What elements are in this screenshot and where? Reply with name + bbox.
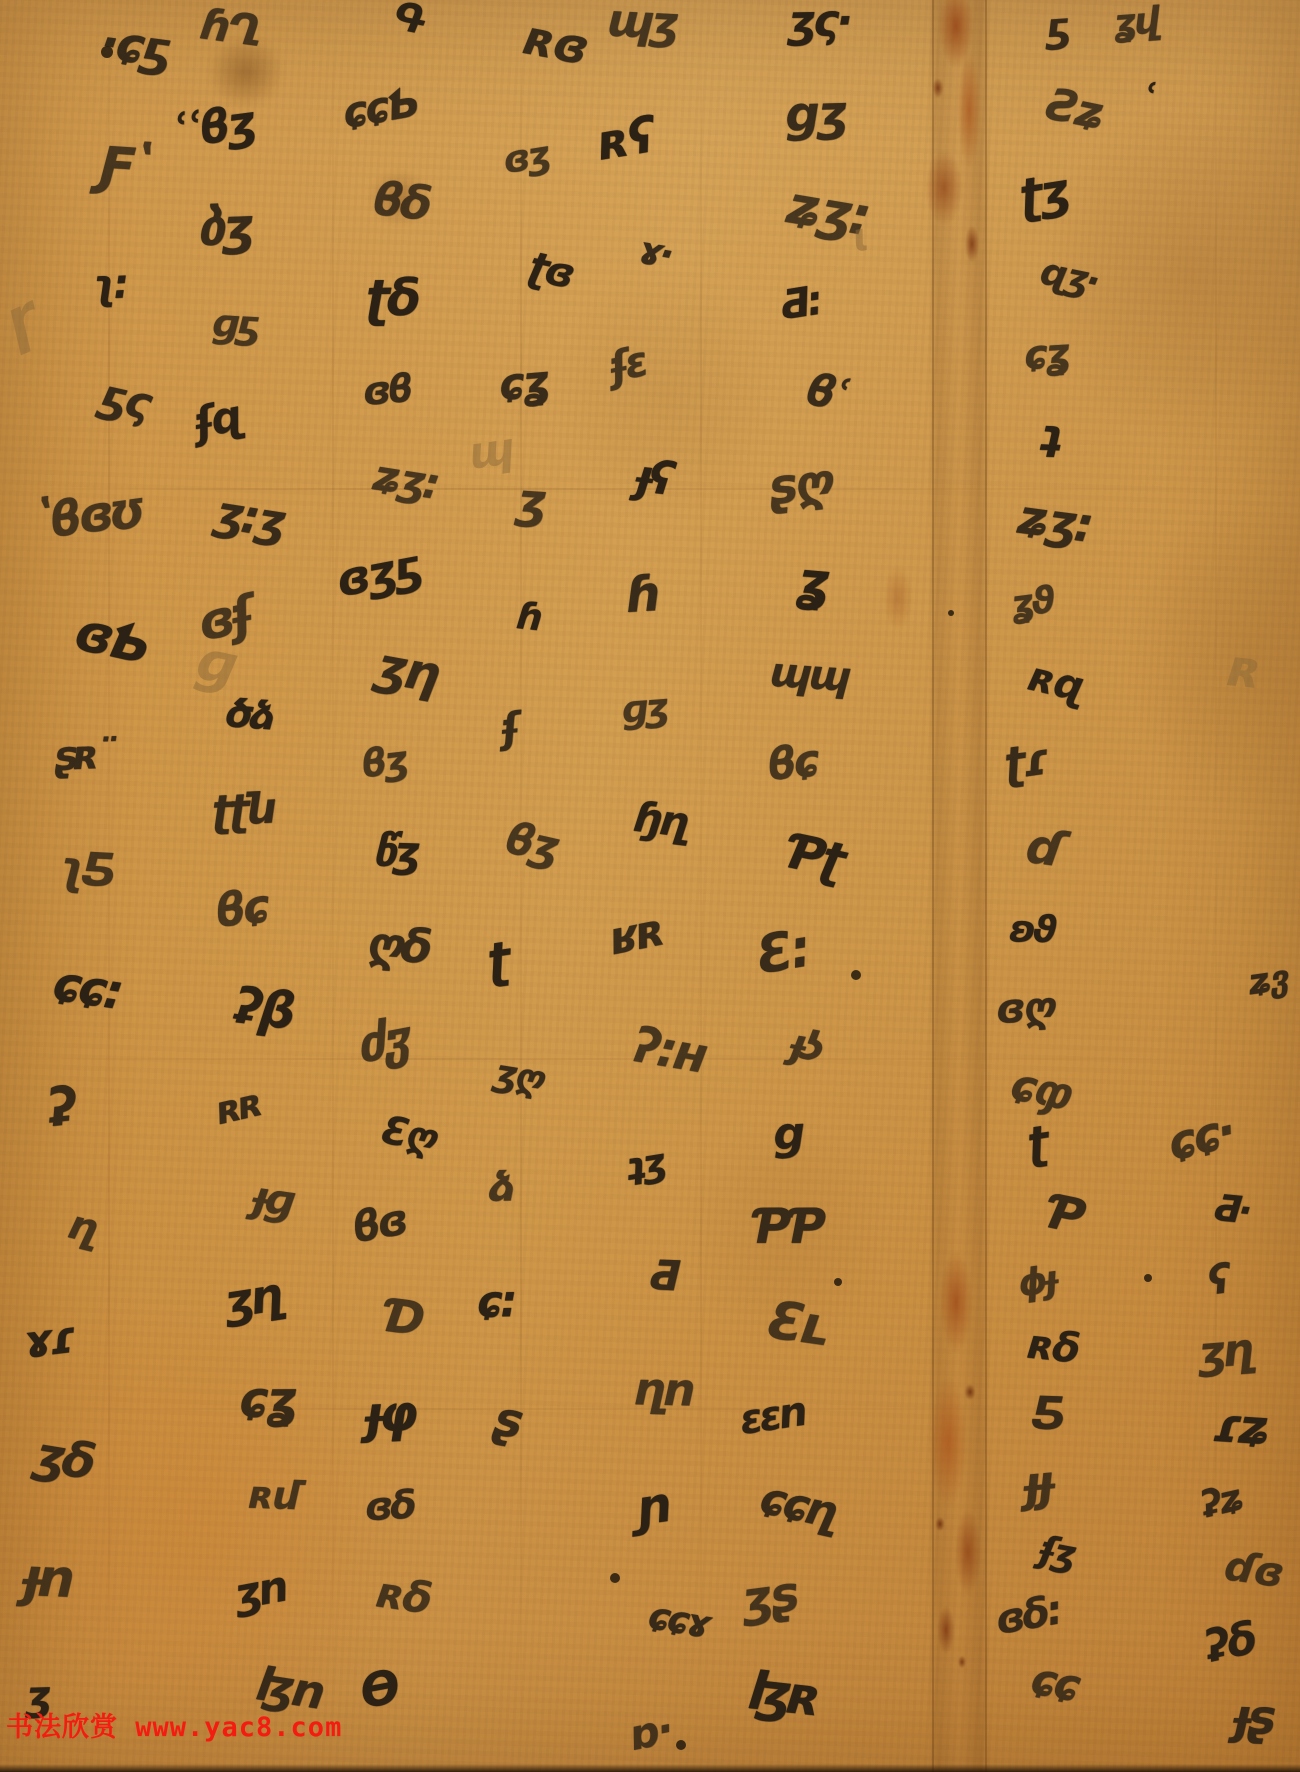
- glyph-cluster: ց: [772, 1114, 802, 1154]
- glyph-cluster: ϐɞ: [350, 1201, 408, 1247]
- glyph-cluster: ʀմ: [250, 1479, 297, 1514]
- glyph-cluster: ɞƄ: [71, 609, 151, 670]
- watermark-text: 书法欣赏 www.yac8.com: [6, 1705, 342, 1744]
- glyph-cluster: ɕɕƄ: [340, 84, 419, 133]
- glyph-cluster: ʓ: [795, 558, 829, 606]
- ink-dot: [610, 1573, 620, 1583]
- glyph-cluster: Ɛ:: [754, 925, 812, 979]
- script-column-right-main: ƽƧʑʈʒɋʒ·ɕʓʇʑʒ:ʓϑʀɋʈɾɗʚϑɞღɕჶ: [977, 9, 1115, 1112]
- glyph-cluster: ɕჶ: [1008, 1066, 1072, 1115]
- faded-glyph: ɰ: [465, 427, 517, 477]
- glyph-cluster: ɞʒƽ: [333, 546, 423, 602]
- glyph-cluster: ɟɟ: [1021, 1462, 1051, 1506]
- glyph-cluster: ɞδ:: [993, 1593, 1063, 1639]
- glyph-cluster: ɕʓ: [1023, 336, 1069, 374]
- glyph-cluster: ɒ·: [628, 1710, 674, 1754]
- glyph-cluster: ϐɕ: [214, 885, 270, 931]
- faded-glyph: ʀ: [1227, 642, 1266, 697]
- glyph-cluster: ʑვ: [1246, 964, 1287, 1000]
- script-column-right-edge-mid: ʑვ: [1250, 966, 1300, 1028]
- glyph-cluster: ʄʒ: [1037, 1533, 1076, 1571]
- glyph-cluster: ʀɋ: [1027, 659, 1086, 705]
- glyph-cluster: ʅƼ: [58, 849, 115, 891]
- glyph-cluster: ʈʒ: [1017, 170, 1070, 219]
- glyph-cluster: ɰɰ: [768, 654, 849, 695]
- glyph-cluster: ʀδ: [1028, 1327, 1079, 1367]
- script-layer: ʓվʿƽƧʑʈʒɋʒ·ɕʓʇʑʒ:ʓϑʀɋʈɾɗʚϑɞღɕჶʈƤɸɟʀδƼɟɟʄ…: [0, 0, 1300, 1772]
- glyph-cluster: ձ: [488, 1170, 512, 1206]
- photo-bottom-edge: [0, 1764, 1300, 1772]
- glyph-cluster: ƽς: [96, 376, 152, 425]
- glyph-cluster: ʀδ: [376, 1575, 431, 1619]
- glyph-cluster: ʒღ: [492, 1057, 544, 1097]
- glyph-cluster: ɟφ: [364, 1391, 416, 1437]
- glyph-cluster: Ƥʈ: [783, 830, 846, 883]
- glyph-cluster: Ө: [357, 1666, 400, 1713]
- glyph-cluster: ɞϐ: [362, 372, 412, 410]
- glyph-cluster: ʒη: [373, 643, 441, 697]
- glyph-cluster: ϐʿ: [803, 370, 850, 416]
- glyph-cluster: Ɛღ: [379, 1113, 437, 1156]
- script-column-right-edge: ɕɕ·Ƌ·ʕʒղɾʑʡʑɗɞʡδɟʂ: [1160, 1114, 1300, 1743]
- glyph-cluster: ɞʒ: [501, 138, 550, 177]
- glyph-cluster: ʀʀ: [215, 1086, 265, 1129]
- glyph-cluster: ʒղ: [221, 1274, 283, 1323]
- glyph-cluster: Ƒʽ: [97, 143, 150, 192]
- glyph-cluster: ɤ·: [636, 234, 673, 272]
- glyph-cluster: ɋʒ·: [1037, 255, 1100, 298]
- glyph-cluster: ɕɕղ: [757, 1479, 839, 1533]
- ink-dot: [1144, 1274, 1152, 1282]
- glyph-cluster: ʒς·: [787, 2, 850, 42]
- glyph-cluster: ʈɞ: [525, 248, 574, 292]
- glyph-cluster: Ƥ: [1043, 1191, 1085, 1239]
- glyph-cluster: ɕ:: [477, 1283, 515, 1322]
- script-column-right-low: ʈƤɸɟʀδƼɟɟʄʒɞδ:ɕɕ: [989, 1124, 1103, 1704]
- ink-dot: [851, 970, 861, 980]
- glyph-cluster: ʈʈն: [211, 790, 275, 830]
- glyph-cluster: ɗ: [1024, 825, 1064, 871]
- glyph-cluster: ɕʓ: [239, 1377, 295, 1421]
- glyph-cluster: ʈδ: [365, 276, 418, 321]
- glyph-cluster: ɟո: [22, 1555, 73, 1603]
- glyph-cluster: ɰʒ: [605, 0, 677, 43]
- glyph-cluster: ɮʀ: [746, 1668, 822, 1722]
- glyph-cluster: ʔ:ʜ: [629, 1024, 707, 1078]
- glyph-cluster: ɡƽ: [210, 307, 258, 344]
- glyph-cluster: ʿ: [1142, 82, 1155, 118]
- glyph-cluster: ɞδ: [364, 1489, 415, 1526]
- glyph-cluster: Ƽ: [1031, 1394, 1063, 1434]
- script-column-center-3: ʀɞɞʒʈɞɕʓʒɦʄϐʒʈʒღձɕ:ʂ: [441, 21, 598, 1444]
- glyph-cluster: ɕɕɤ: [646, 1599, 710, 1641]
- glyph-cluster: ʒղ: [1197, 1331, 1254, 1374]
- glyph-cluster: ʀʕ: [597, 114, 657, 165]
- glyph-cluster: ʚϑ: [1009, 913, 1055, 946]
- script-column-left-edge: ·ɕƽƑʽʅ:ƽςʽϐɞʊɞƄʂʀ¨ʅƼɕɕ:ʡղɤɾʒδɟոʒ: [0, 21, 200, 1718]
- ink-dot: [101, 46, 113, 58]
- glyph-cluster: ϐɕ: [766, 742, 819, 786]
- glyph-cluster: ɡʒ: [620, 691, 667, 727]
- glyph-cluster: ʒ: [515, 481, 545, 525]
- glyph-cluster: Ɗ: [382, 1295, 425, 1340]
- glyph-cluster: ɦ: [626, 573, 660, 618]
- glyph-cluster: ƤƤ: [753, 1206, 823, 1249]
- glyph-cluster: ʂღ: [766, 461, 833, 510]
- glyph-cluster: ղո: [634, 1369, 693, 1410]
- ink-dot: [834, 1278, 842, 1286]
- glyph-cluster: ბʒ: [196, 205, 252, 251]
- glyph-cluster: ʁʀ: [608, 909, 667, 958]
- glyph-cluster: ɾʑ: [1211, 1405, 1269, 1450]
- glyph-cluster: ʇʒ: [625, 1146, 666, 1184]
- glyph-cluster: Ƨʑ: [1044, 86, 1107, 135]
- ink-dot: [676, 1740, 686, 1750]
- glyph-cluster: ʈ: [1025, 1124, 1049, 1165]
- glyph-cluster: ɕɕ:: [50, 962, 123, 1014]
- glyph-cluster: ɟʖ: [788, 1025, 825, 1065]
- glyph-cluster: ցʒ: [785, 92, 846, 136]
- glyph-cluster: Ƌ·: [1212, 1192, 1251, 1228]
- glyph-cluster: ϐδ: [371, 178, 431, 224]
- faded-glyph: ɼ: [0, 287, 47, 354]
- glyph-cluster: ʓվ: [1112, 5, 1158, 40]
- glyph-cluster: Ƌ: [647, 1257, 677, 1295]
- glyph-cluster: ʇ: [1041, 417, 1060, 456]
- glyph-cluster: ʡ: [45, 1084, 77, 1133]
- glyph-cluster: ʄɋ: [192, 397, 244, 443]
- glyph-cluster: ɧղ: [632, 798, 689, 841]
- glyph-cluster: Ɛւ: [765, 1297, 829, 1351]
- glyph-cluster: ʡβ: [232, 983, 295, 1034]
- glyph-cluster: Ƌ:: [777, 282, 823, 324]
- glyph-cluster: ʄɛ: [607, 343, 649, 386]
- glyph-cluster: ɕɕ: [1028, 1661, 1080, 1707]
- glyph-cluster: ɟʂ: [1233, 1697, 1273, 1740]
- glyph-cluster: ʂ: [491, 1398, 523, 1444]
- glyph-cluster: ծձ: [225, 697, 275, 734]
- glyph-cluster: ɛɛո: [737, 1393, 807, 1438]
- ink-dot: [948, 610, 954, 616]
- glyph-cluster: ɲ: [633, 1484, 671, 1531]
- glyph-cluster: ɦՂ: [199, 6, 261, 51]
- glyph-cluster: ɟʕ: [634, 456, 673, 499]
- glyph-cluster: ϐʒ: [502, 820, 560, 869]
- glyph-cluster: ღδ: [365, 923, 431, 968]
- script-column-center-2: ɰʒʀʕɤ·ʄɛɟʕɦɡʒɧղʁʀʔ:ʜʇʒƋղոɲɕɕɤɒ·: [583, 1, 719, 1751]
- glyph-cluster: ʒ:ʒ: [212, 491, 286, 542]
- glyph-cluster: ʑʒ:: [371, 457, 440, 504]
- glyph-cluster: ʡʑ: [1198, 1481, 1245, 1522]
- glyph-cluster: ʒո: [231, 1569, 288, 1615]
- glyph-cluster: ղ: [65, 1207, 99, 1248]
- glyph-cluster: ɟɡ: [250, 1179, 294, 1221]
- glyph-cluster: ɦ: [516, 600, 542, 635]
- glyph-cluster: ʓϑ: [1009, 584, 1055, 622]
- glyph-cluster: ɕʓ: [497, 363, 548, 406]
- glyph-cluster: ძჳ: [354, 1017, 410, 1068]
- glyph-cluster: Գ: [391, 0, 425, 38]
- glyph-cluster: ʒʂ: [739, 1573, 798, 1622]
- glyph-cluster: ɸɟ: [1016, 1264, 1056, 1301]
- glyph-cluster: ʀɞ: [523, 18, 589, 70]
- glyph-cluster: ʈɾ: [1003, 741, 1049, 785]
- glyph-cluster: ƽ: [1044, 9, 1069, 46]
- glyph-cluster: ʈ: [485, 939, 511, 983]
- glyph-cluster: ʡδ: [1202, 1619, 1258, 1667]
- manuscript-page: ʓվʿƽƧʑʈʒɋʒ·ɕʓʇʑʒ:ʓϑʀɋʈɾɗʚϑɞღɕჶʈƤɸɟʀδƼɟɟʄ…: [0, 0, 1300, 1772]
- glyph-cluster: წʒ: [373, 833, 418, 872]
- glyph-cluster: ʕ: [1206, 1261, 1230, 1299]
- glyph-cluster: ʂʀ¨: [53, 736, 116, 774]
- glyph-cluster: ɞღ: [995, 989, 1053, 1027]
- glyph-cluster: ʒδ: [31, 1433, 95, 1484]
- glyph-cluster: ʅ:: [90, 266, 126, 303]
- glyph-cluster: ɤɾ: [21, 1318, 74, 1363]
- glyph-cluster: ʄ: [499, 710, 517, 747]
- glyph-cluster: ʑʒ:: [1016, 496, 1094, 547]
- glyph-cluster: ϐʒ: [360, 743, 408, 782]
- glyph-cluster: ʽϐɞʊ: [32, 487, 147, 545]
- script-column-center-4: ԳɕɕƄϐδʈδɞϐʑʒ:ɞʒƽʒηϐʒწʒღδძჳƐღϐɞƊɟφɞδʀδӨ: [334, 2, 452, 1710]
- glyph-cluster: ɗɞ: [1223, 1548, 1283, 1591]
- glyph-cluster: ɕɕ·: [1164, 1110, 1238, 1166]
